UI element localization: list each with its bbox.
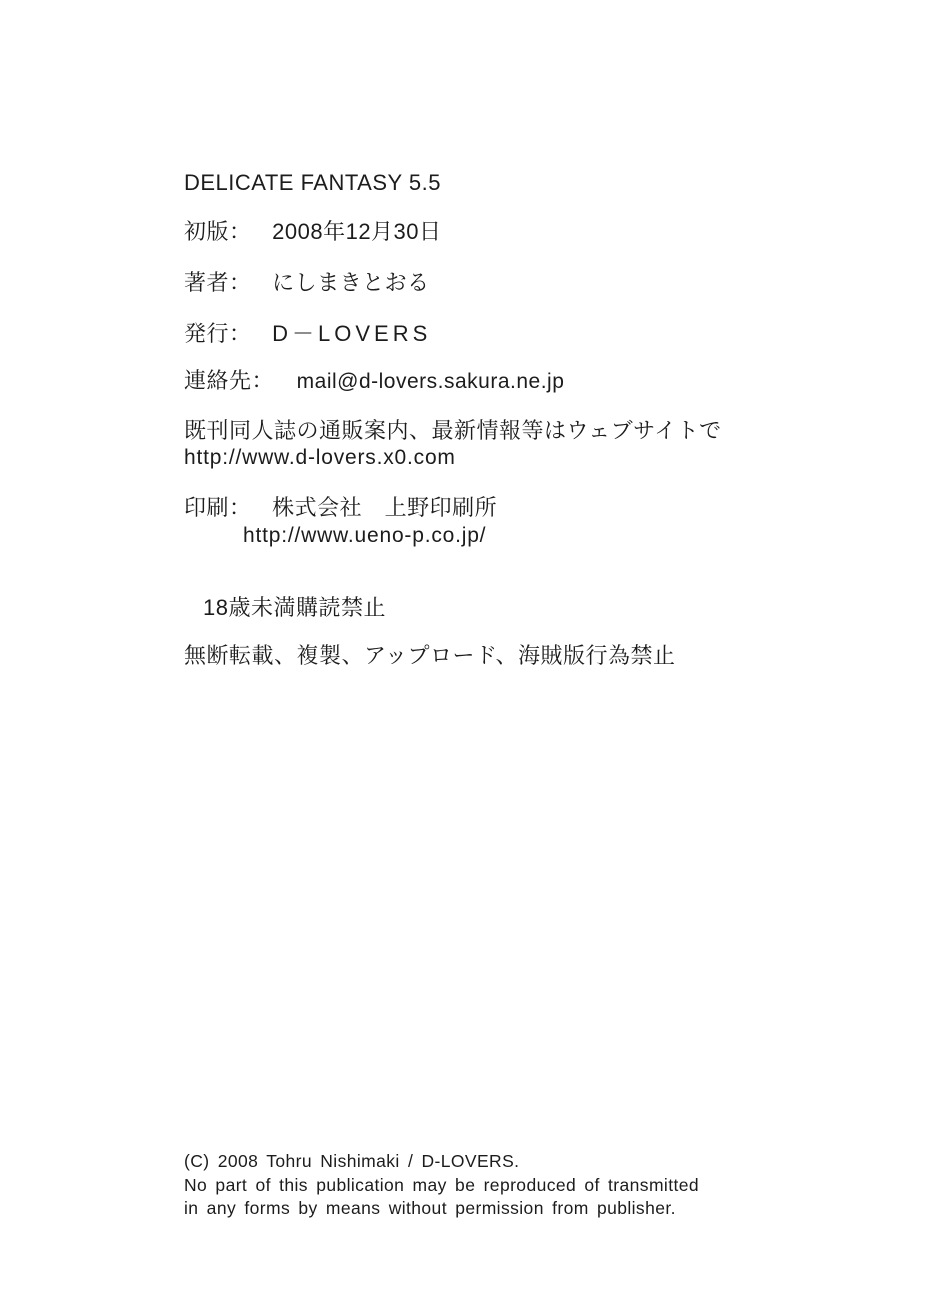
edition-date: 2008年12月30日 bbox=[272, 220, 441, 244]
printer-name: 株式会社 上野印刷所 bbox=[272, 496, 497, 520]
book-title: DELICATE FANTASY 5.5 bbox=[184, 171, 441, 195]
author-name: にしまきとおる bbox=[272, 271, 430, 295]
piracy-prohibition-notice: 無断転載、複製、アップロード、海賊版行為禁止 bbox=[184, 644, 675, 668]
contact-label: 連絡先： bbox=[184, 369, 274, 393]
publisher-website-url: http://www.d-lovers.x0.com bbox=[184, 446, 456, 469]
author-label: 著者： bbox=[184, 271, 252, 295]
publisher-label: 発行： bbox=[184, 322, 252, 346]
printer-label: 印刷： bbox=[184, 496, 252, 520]
contact-row: 連絡先： mail@d-lovers.sakura.ne.jp bbox=[184, 369, 564, 393]
author-row: 著者： にしまきとおる bbox=[184, 271, 430, 295]
copyright-line-2: No part of this publication may be repro… bbox=[184, 1175, 699, 1196]
publisher-row: 発行： D－LOVERS bbox=[184, 322, 431, 346]
copyright-line-1: (C) 2008 Tohru Nishimaki / D-LOVERS. bbox=[184, 1151, 519, 1172]
web-shop-notice: 既刊同人誌の通販案内、最新情報等はウェブサイトで bbox=[184, 419, 722, 443]
printer-website-url: http://www.ueno-p.co.jp/ bbox=[243, 524, 486, 547]
edition-label: 初版： bbox=[184, 220, 252, 244]
colophon-page: DELICATE FANTASY 5.5 初版： 2008年12月30日 著者：… bbox=[0, 0, 945, 1315]
printer-row: 印刷： 株式会社 上野印刷所 bbox=[184, 496, 497, 520]
copyright-line-3: in any forms by means without permission… bbox=[184, 1198, 676, 1219]
age-restriction-notice: 18歳未満購読禁止 bbox=[203, 596, 386, 620]
edition-row: 初版： 2008年12月30日 bbox=[184, 220, 442, 244]
contact-email: mail@d-lovers.sakura.ne.jp bbox=[297, 370, 565, 393]
publisher-name: D－LOVERS bbox=[272, 322, 431, 346]
